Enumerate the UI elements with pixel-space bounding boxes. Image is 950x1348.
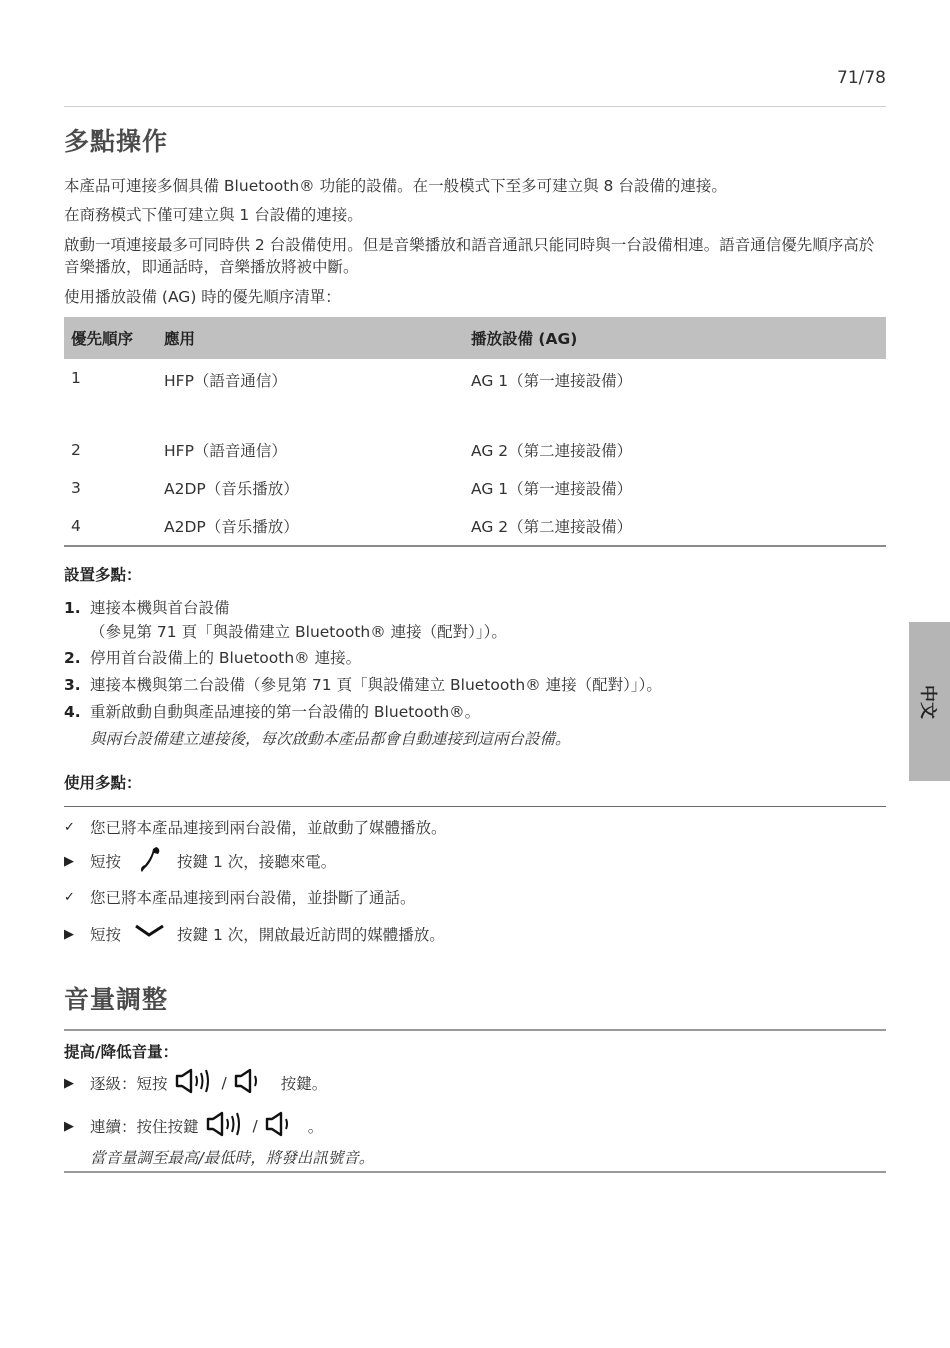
check-icon: ✓ — [64, 820, 90, 835]
setup-heading: 設置多點： — [64, 563, 142, 585]
volume-text: 按鍵。 — [281, 1072, 328, 1094]
table-cell: 4 — [64, 507, 157, 546]
check-icon: ✓ — [64, 890, 90, 905]
arrow-right-icon: ▶ — [64, 854, 90, 869]
usage-condition: ✓ 您已將本產品連接到兩台設備，並啟動了媒體播放。 — [64, 816, 447, 838]
table-cell: A2DP（音乐播放） — [157, 507, 464, 546]
section-title-volume: 音量調整 — [64, 980, 168, 1016]
table-cell: HFP（語音通信） — [157, 359, 464, 431]
usage-text: 短按 — [90, 850, 121, 872]
step-1: 1.連接本機與首台設備 — [64, 597, 230, 619]
table-row: 4 A2DP（音乐播放） AG 2（第二連接設備） — [64, 507, 886, 546]
volume-continuous-item: ▶ 連續：按住按鍵 / 。 — [64, 1111, 323, 1141]
step-text: 連接本機與首台設備 — [90, 599, 230, 617]
page-number: 71/78 — [837, 68, 886, 88]
table-row: 1 HFP（語音通信） AG 1（第一連接設備） — [64, 359, 886, 431]
paragraph: 使用播放設備 (AG) 時的優先順序清單： — [64, 286, 886, 308]
volume-step-item: ▶ 逐級：短按 / 按鍵。 — [64, 1068, 327, 1098]
step-1-reference: （參見第 71 頁「與設備建立 Bluetooth® 連接（配對）」）。 — [90, 620, 507, 642]
volume-down-icon — [233, 1068, 261, 1098]
step-3: 3.連接本機與第二台設備（參見第 71 頁「與設備建立 Bluetooth® 連… — [64, 674, 662, 696]
column-header-audio-gateway: 播放設備 (AG) — [464, 317, 886, 359]
phone-icon — [139, 845, 163, 877]
usage-text: 按鍵 1 次，接聽來電。 — [177, 850, 336, 872]
column-header-application: 應用 — [157, 317, 464, 359]
table-cell: AG 1（第一連接設備） — [464, 359, 886, 431]
volume-note: 當音量調至最高/最低時，將發出訊號音。 — [90, 1146, 374, 1168]
paragraph: 本產品可連接多個具備 Bluetooth® 功能的設備。在一般模式下至多可建立與… — [64, 175, 886, 197]
chevron-down-icon — [135, 923, 165, 945]
volume-text: 。 — [308, 1115, 324, 1137]
table-cell: AG 2（第二連接設備） — [464, 431, 886, 469]
step-2: 2.停用首台設備上的 Bluetooth® 連接。 — [64, 647, 361, 669]
table-cell: A2DP（音乐播放） — [157, 469, 464, 507]
step-4: 4.重新啟動自動與產品連接的第一台設備的 Bluetooth®。 — [64, 701, 480, 723]
volume-up-icon — [174, 1068, 216, 1098]
separator: / — [253, 1117, 258, 1135]
paragraph: 啟動一項連接最多可同時供 2 台設備使用。但是音樂播放和語音通訊只能同時與一台設… — [64, 234, 886, 278]
divider — [64, 806, 886, 807]
usage-text: 按鍵 1 次，開啟最近訪問的媒體播放。 — [177, 923, 445, 945]
step-number: 3. — [64, 674, 90, 696]
divider — [64, 1171, 886, 1173]
divider — [64, 1029, 886, 1031]
step-number: 2. — [64, 647, 90, 669]
usage-text: 短按 — [90, 923, 121, 945]
table-cell: 3 — [64, 469, 157, 507]
table-row: 2 HFP（語音通信） AG 2（第二連接設備） — [64, 431, 886, 469]
volume-down-icon — [264, 1111, 292, 1141]
column-header-priority: 優先順序 — [64, 317, 157, 359]
step-text: 重新啟動自動與產品連接的第一台設備的 Bluetooth®。 — [90, 703, 480, 721]
table-cell: 2 — [64, 431, 157, 469]
header-divider — [64, 106, 886, 107]
table-cell: AG 1（第一連接設備） — [464, 469, 886, 507]
volume-heading: 提高/降低音量： — [64, 1040, 178, 1062]
step-4-note: 與兩台設備建立連接後，每次啟動本產品都會自動連接到這兩台設備。 — [90, 727, 571, 749]
table-cell: HFP（語音通信） — [157, 431, 464, 469]
table-cell: AG 2（第二連接設備） — [464, 507, 886, 546]
arrow-right-icon: ▶ — [64, 1076, 90, 1091]
language-tab[interactable]: 中文 — [909, 622, 950, 781]
step-number: 4. — [64, 701, 90, 723]
usage-action: ▶ 短按 按鍵 1 次，開啟最近訪問的媒體播放。 — [64, 923, 445, 945]
usage-action: ▶ 短按 按鍵 1 次，接聽來電。 — [64, 845, 336, 877]
table-header-row: 優先順序 應用 播放設備 (AG) — [64, 317, 886, 359]
usage-condition: ✓ 您已將本產品連接到兩台設備，並掛斷了通話。 — [64, 886, 416, 908]
volume-up-icon — [205, 1111, 247, 1141]
step-text: 停用首台設備上的 Bluetooth® 連接。 — [90, 649, 361, 667]
section-title-multipoint: 多點操作 — [64, 122, 168, 158]
arrow-right-icon: ▶ — [64, 1119, 90, 1134]
arrow-right-icon: ▶ — [64, 927, 90, 942]
volume-text: 連續：按住按鍵 — [90, 1115, 199, 1137]
volume-text: 逐級：短按 — [90, 1072, 168, 1094]
step-text: 連接本機與第二台設備（參見第 71 頁「與設備建立 Bluetooth® 連接（… — [90, 676, 662, 694]
language-tab-label: 中文 — [917, 685, 942, 719]
paragraph: 在商務模式下僅可建立與 1 台設備的連接。 — [64, 204, 886, 226]
table-cell: 1 — [64, 359, 157, 431]
separator: / — [222, 1074, 227, 1092]
usage-heading: 使用多點： — [64, 771, 142, 793]
usage-text: 您已將本產品連接到兩台設備，並掛斷了通話。 — [90, 886, 416, 908]
usage-text: 您已將本產品連接到兩台設備，並啟動了媒體播放。 — [90, 816, 447, 838]
table-row: 3 A2DP（音乐播放） AG 1（第一連接設備） — [64, 469, 886, 507]
priority-table: 優先順序 應用 播放設備 (AG) 1 HFP（語音通信） AG 1（第一連接設… — [64, 317, 886, 547]
step-number: 1. — [64, 597, 90, 619]
